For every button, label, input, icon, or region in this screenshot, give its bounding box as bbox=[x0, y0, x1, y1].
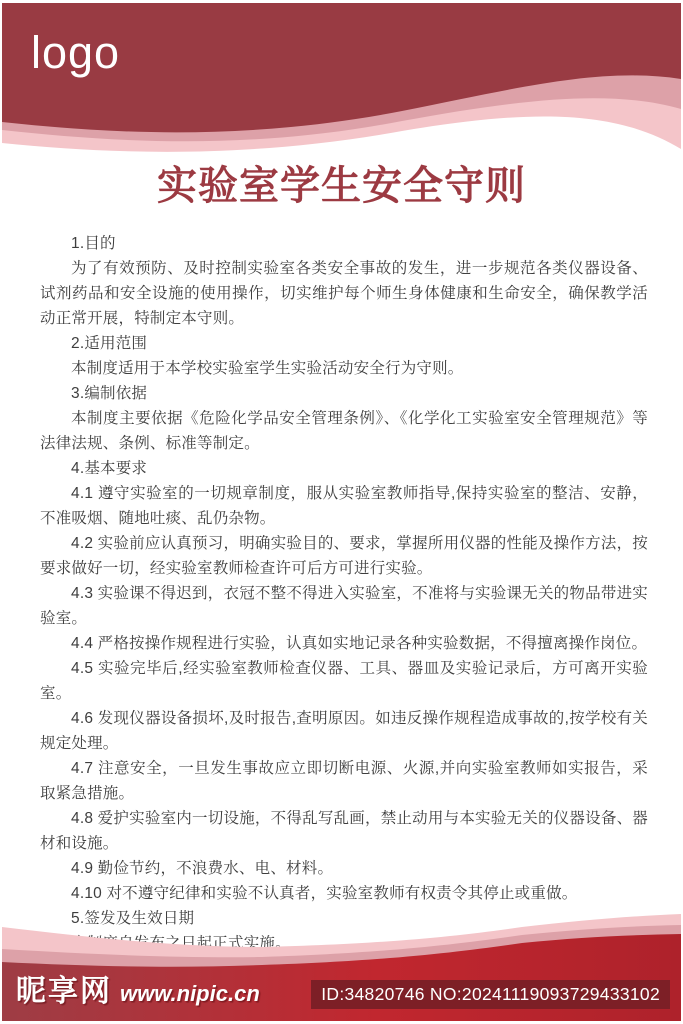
nipic-site-url: www.nipic.cn bbox=[120, 981, 260, 1007]
rule-paragraph: 4.8 爱护实验室内一切设施，不得乱写乱画，禁止动用与本实验无关的仪器设备、器材… bbox=[40, 806, 648, 856]
nipic-brand: 昵享网 www.nipic.cn bbox=[16, 966, 260, 1010]
page-title: 实验室学生安全守则 bbox=[0, 163, 683, 209]
rule-paragraph: 为了有效预防、及时控制实验室各类安全事故的发生，进一步规范各类仪器设备、试剂药品… bbox=[40, 256, 648, 331]
rule-paragraph: 4.1 遵守实验室的一切规章制度，服从实验室教师指导,保持实验室的整洁、安静，不… bbox=[40, 481, 648, 531]
image-id-badge: ID:34820746 NO:20241119093729433102 bbox=[311, 980, 670, 1009]
rule-paragraph: 4.10 对不遵守纪律和实验不认真者，实验室教师有权责令其停止或重做。 bbox=[40, 881, 648, 906]
rules-body: 1.目的 为了有效预防、及时控制实验室各类安全事故的发生，进一步规范各类仪器设备… bbox=[40, 231, 648, 956]
rule-paragraph: 本制度主要依据《危险化学品安全管理条例》、《化学化工实验室安全管理规范》等法律法… bbox=[40, 406, 648, 456]
rule-paragraph: 3.编制依据 bbox=[40, 381, 648, 406]
rule-paragraph: 本制度适用于本学校实验室学生实验活动安全行为守则。 bbox=[40, 356, 648, 381]
nipic-site-name: 昵享网 bbox=[16, 966, 112, 1010]
rule-paragraph: 4.基本要求 bbox=[40, 456, 648, 481]
safety-rules-poster: logo 实验室学生安全守则 1.目的 为了有效预防、及时控制实验室各类安全事故… bbox=[0, 0, 683, 1024]
rule-paragraph: 4.7 注意安全，一旦发生事故应立即切断电源、火源,并向实验室教师如实报告，采取… bbox=[40, 756, 648, 806]
rule-paragraph: 4.3 实验课不得迟到，衣冠不整不得进入实验室，不准将与实验课无关的物品带进实验… bbox=[40, 581, 648, 631]
rule-paragraph: 4.4 严格按操作规程进行实验，认真如实地记录各种实验数据，不得擅离操作岗位。 bbox=[40, 631, 648, 656]
rule-paragraph: 2.适用范围 bbox=[40, 331, 648, 356]
rule-paragraph: 4.9 勤俭节约，不浪费水、电、材料。 bbox=[40, 856, 648, 881]
rule-paragraph: 4.5 实验完毕后,经实验室教师检查仪器、工具、器皿及实验记录后，方可离开实验室… bbox=[40, 656, 648, 706]
rule-paragraph: 4.6 发现仪器设备损坏,及时报告,查明原因。如违反操作规程造成事故的,按学校有… bbox=[40, 706, 648, 756]
rule-paragraph: 4.2 实验前应认真预习，明确实验目的、要求，掌握所用仪器的性能及操作方法，按要… bbox=[40, 531, 648, 581]
rule-paragraph: 1.目的 bbox=[40, 231, 648, 256]
logo-text: logo bbox=[31, 28, 120, 78]
